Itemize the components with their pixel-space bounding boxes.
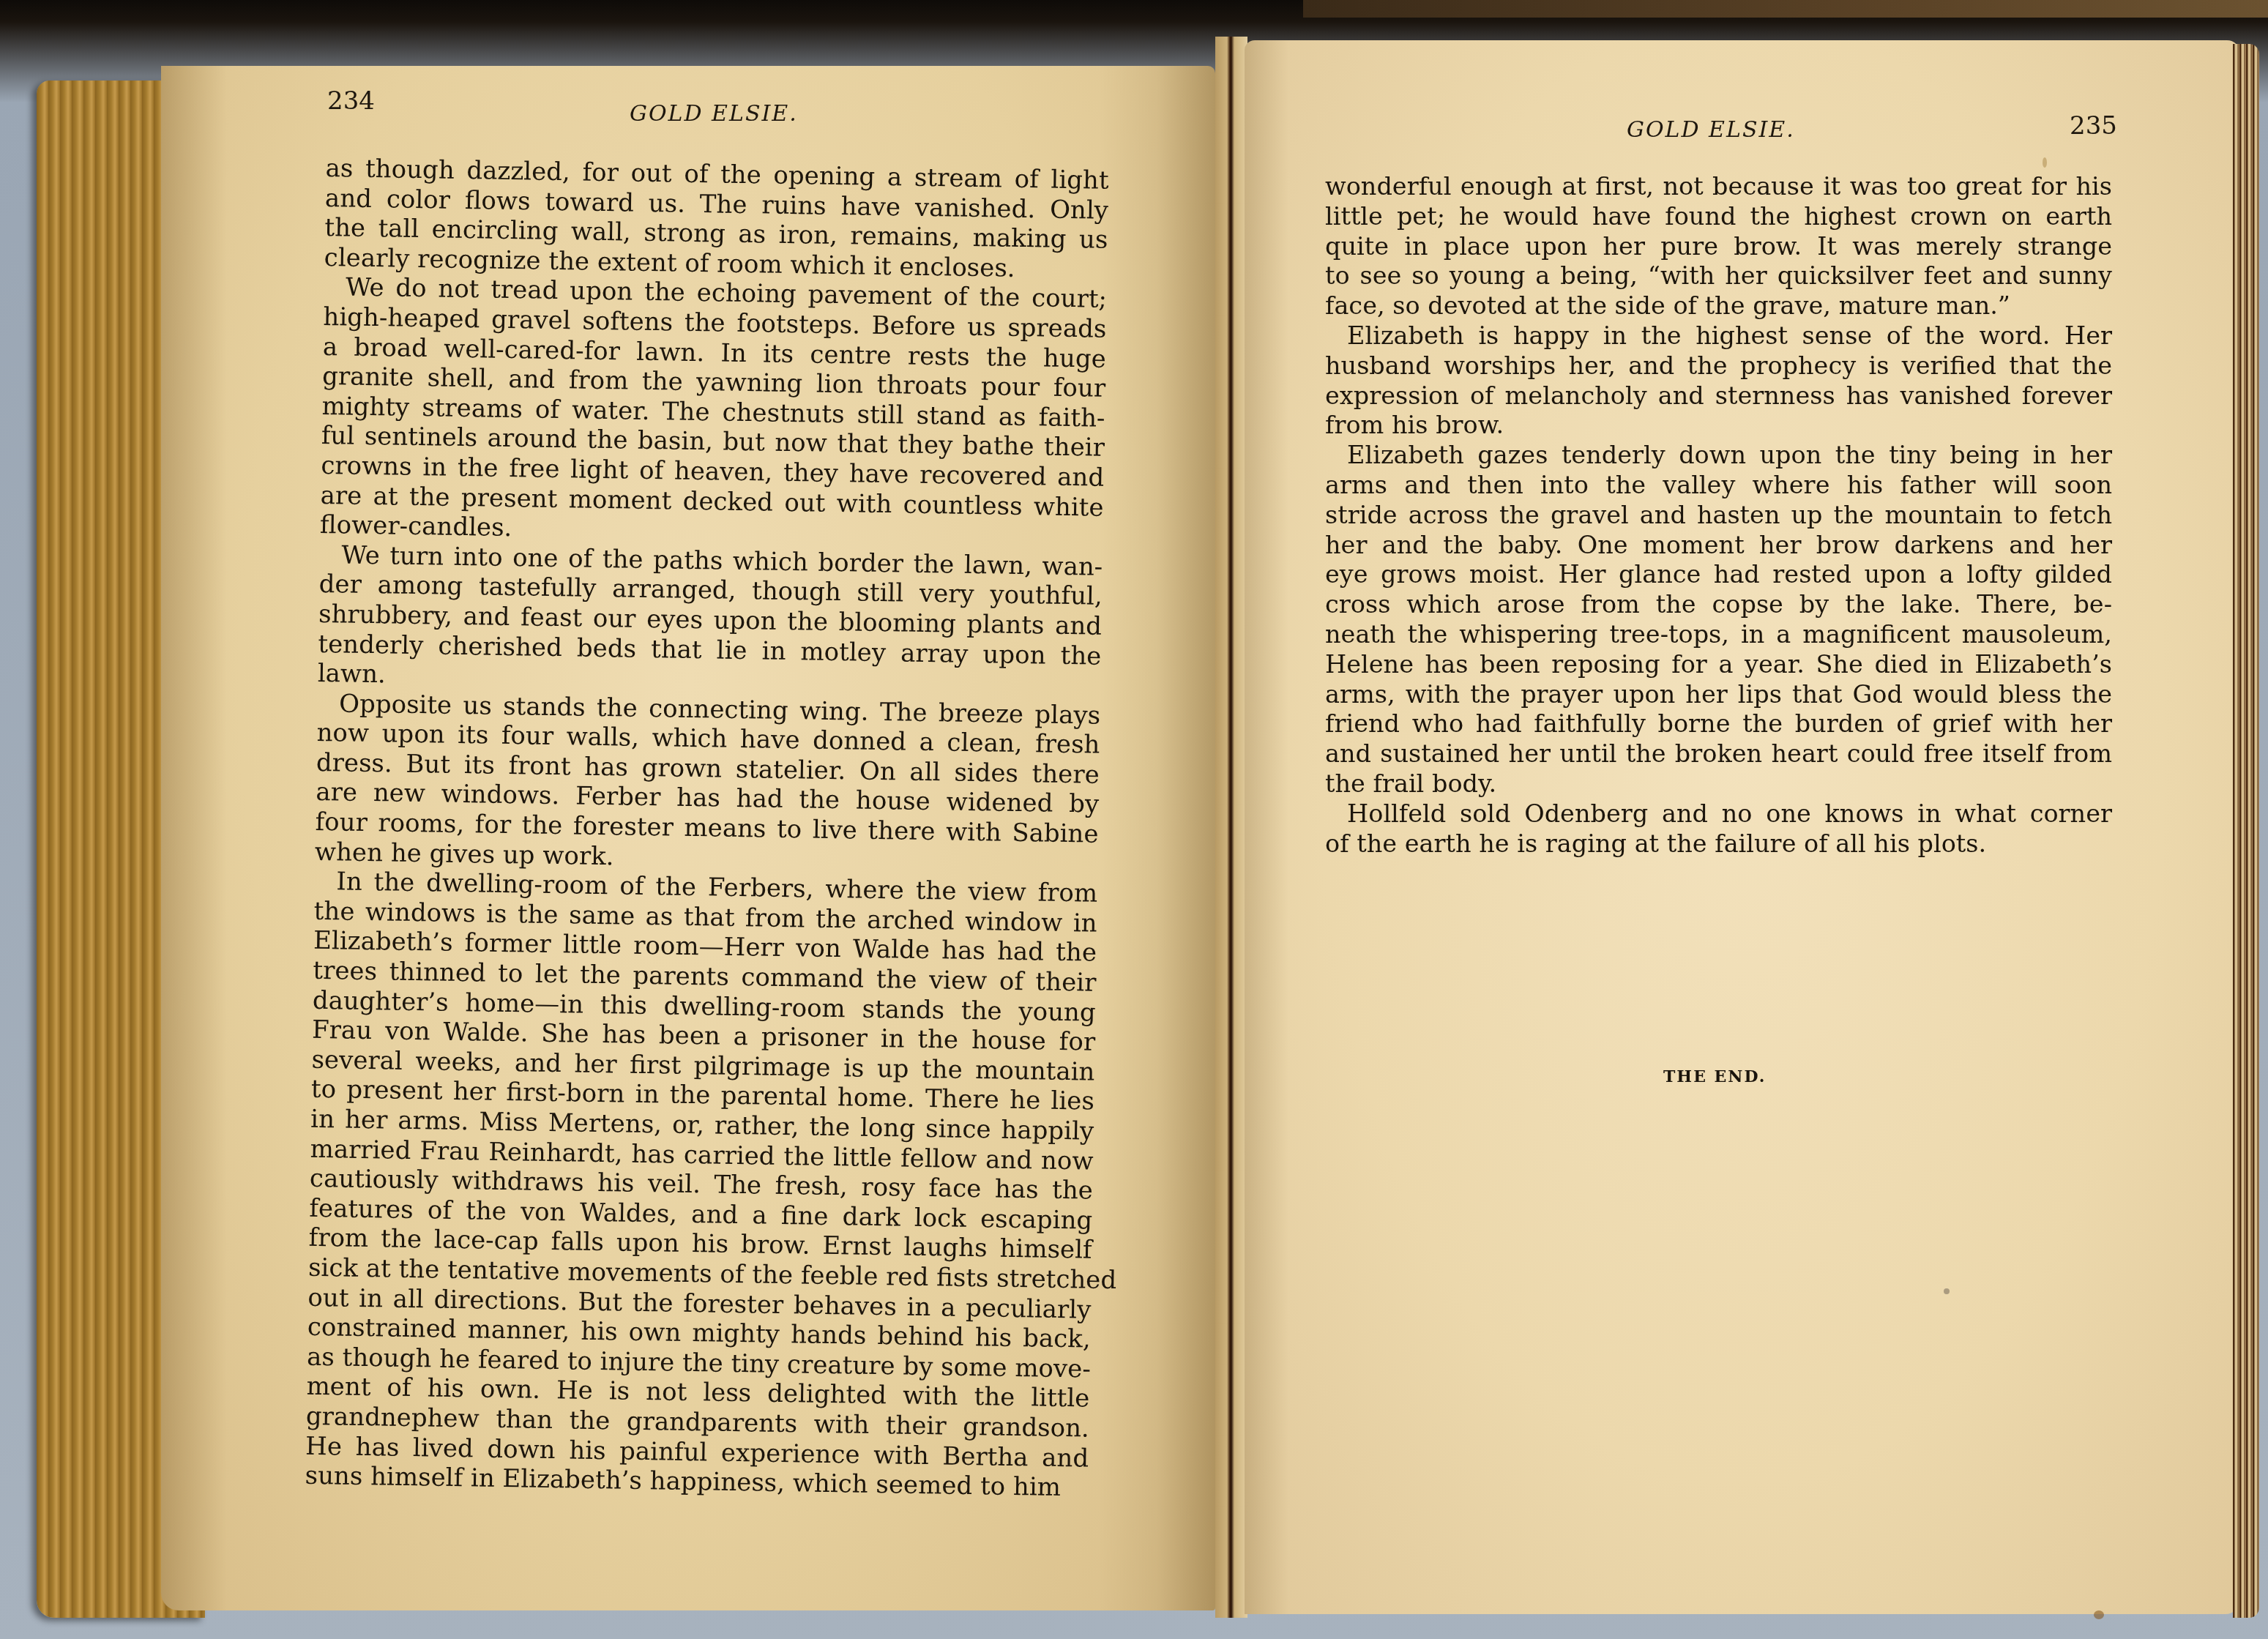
text-line: stride across the gravel and hasten up t… [1325,501,2112,531]
page-number-right: 235 [2070,111,2117,141]
text-line: arms, with the prayer upon her lips that… [1325,680,2112,710]
text-line: Helene has been reposing for a year. She… [1325,650,2112,680]
text-line: quite in place upon her pure brow. It wa… [1325,232,2112,262]
text-line: of the earth he is raging at the failure… [1325,829,2112,859]
text-line: Elizabeth gazes tenderly down upon the t… [1325,441,2112,471]
left-page-body-text: as though dazzled, for out of the openin… [305,154,1109,1503]
book-gutter [1215,37,1247,1618]
paper-stain [2094,1610,2104,1619]
text-line: Elizabeth is happy in the highest sense … [1325,321,2112,351]
text-line: the frail body. [1325,769,2112,799]
text-line: expression of melancholy and sternness h… [1325,381,2112,411]
paper-stain [1944,1288,1950,1294]
text-line: little pet; he would have found the high… [1325,202,2112,232]
text-line: eye grows moist. Her glance had rested u… [1325,560,2112,590]
text-line: from his brow. [1325,411,2112,441]
the-end-label: THE END. [1663,1067,1766,1086]
text-line: to see so young a being, “with her quick… [1325,261,2112,291]
text-line: Hollfeld sold Odenberg and no one knows … [1325,799,2112,829]
text-line: neath the whispering tree-tops, in a mag… [1325,620,2112,650]
text-line: her and the baby. One moment her brow da… [1325,531,2112,561]
running-head-left: GOLD ELSIE. [630,101,798,127]
book-cover-edge [1303,0,2268,18]
text-line: husband worships her, and the prophecy i… [1325,351,2112,381]
text-line: wonderful enough at first, not because i… [1325,172,2112,202]
text-line: friend who had faithfully borne the burd… [1325,709,2112,739]
text-line: and sustained her until the broken heart… [1325,739,2112,769]
text-line: face, so devoted at the side of the grav… [1325,291,2112,321]
text-line: arms and then into the valley where his … [1325,471,2112,501]
paper-stain [2043,157,2047,168]
page-number-left: 234 [327,86,375,116]
right-page-stack-edge [2233,44,2259,1618]
right-page-body-text: wonderful enough at first, not because i… [1325,172,2112,859]
text-line: cross which arose from the copse by the … [1325,590,2112,620]
running-head-right: GOLD ELSIE. [1627,117,1795,143]
